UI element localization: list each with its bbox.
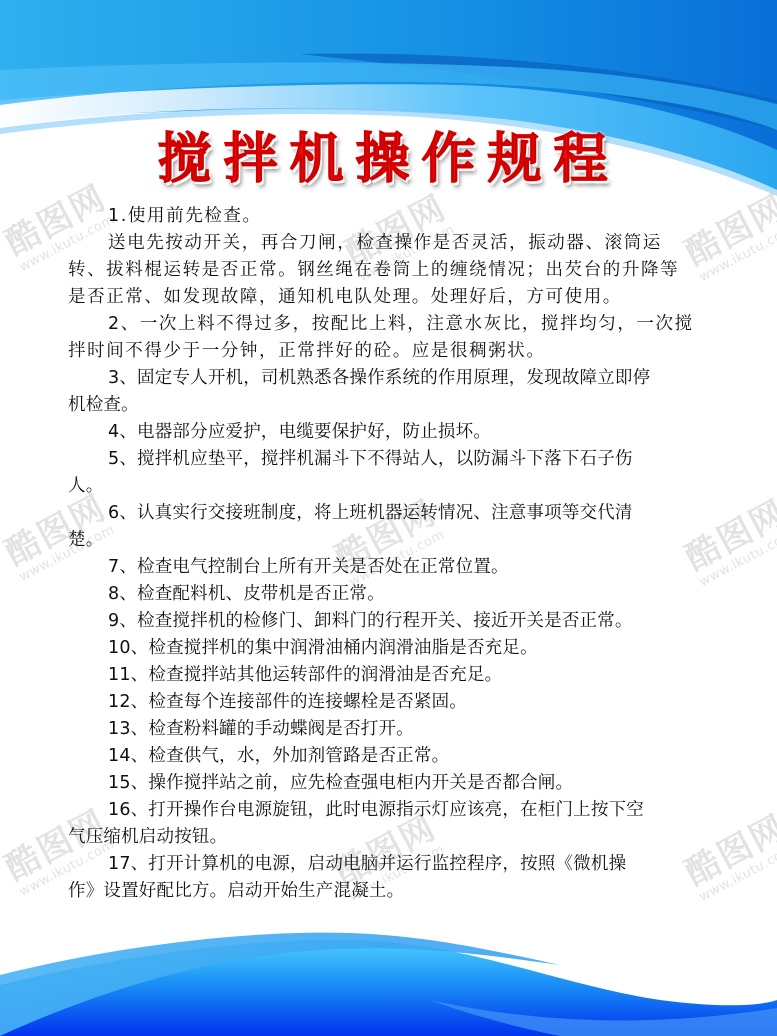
text-line: 5、搅拌机应垫平，搅拌机漏斗下不得站人，以防漏斗下落下石子伤 xyxy=(68,446,718,473)
text-line: 3、固定专人开机，司机熟悉各操作系统的作用原理，发现故障立即停 xyxy=(68,365,718,392)
text-line: 1.使用前先检查。 xyxy=(68,203,718,230)
text-line: 13、检查粉料罐的手动蝶阀是否打开。 xyxy=(68,716,718,743)
text-line: 楚。 xyxy=(68,527,718,554)
section-item-12: 12、检查每个连接部件的连接螺栓是否紧固。 xyxy=(68,689,718,716)
text-line: 12、检查每个连接部件的连接螺栓是否紧固。 xyxy=(68,689,718,716)
section-item-6: 6、认真实行交接班制度，将上班机器运转情况、注意事项等交代清 楚。 xyxy=(68,500,718,554)
section-item-13: 13、检查粉料罐的手动蝶阀是否打开。 xyxy=(68,716,718,743)
section-power-check: 送电先按动开关，再合刀闸，检查操作是否灵活，振动器、滚筒运 转、拔料棍运转是否正… xyxy=(68,230,718,311)
text-line: 6、认真实行交接班制度，将上班机器运转情况、注意事项等交代清 xyxy=(68,500,718,527)
text-line: 14、检查供气，水，外加剂管路是否正常。 xyxy=(68,743,718,770)
section-item-16: 16、打开操作台电源旋钮，此时电源指示灯应该亮，在柜门上按下空 气压缩机启动按钮… xyxy=(68,797,718,851)
text-line: 是否正常、如发现故障，通知机电队处理。处理好后，方可使用。 xyxy=(68,284,718,311)
poster-title: 搅拌机操作规程 xyxy=(0,124,777,194)
section-item-10: 10、检查搅拌机的集中润滑油桶内润滑油脂是否充足。 xyxy=(68,635,718,662)
section-item-2: 2、一次上料不得过多，按配比上料，注意水灰比，搅拌均匀，一次搅 拌时间不得少于一… xyxy=(68,311,718,365)
section-item-11: 11、检查搅拌站其他运转部件的润滑油是否充足。 xyxy=(68,662,718,689)
section-item-3: 3、固定专人开机，司机熟悉各操作系统的作用原理，发现故障立即停 机检查。 xyxy=(68,365,718,419)
section-item-8: 8、检查配料机、皮带机是否正常。 xyxy=(68,581,718,608)
text-line: 气压缩机启动按钮。 xyxy=(68,824,718,851)
text-line: 拌时间不得少于一分钟，正常拌好的砼。应是很稠粥状。 xyxy=(68,338,718,365)
text-line: 16、打开操作台电源旋钮，此时电源指示灯应该亮，在柜门上按下空 xyxy=(68,797,718,824)
procedure-body: 1.使用前先检查。 送电先按动开关，再合刀闸，检查操作是否灵活，振动器、滚筒运 … xyxy=(68,203,718,905)
text-line: 2、一次上料不得过多，按配比上料，注意水灰比，搅拌均匀，一次搅 xyxy=(68,311,718,338)
text-line: 15、操作搅拌站之前，应先检查强电柜内开关是否都合闸。 xyxy=(68,770,718,797)
text-line: 7、检查电气控制台上所有开关是否处在正常位置。 xyxy=(68,554,718,581)
text-line: 17、打开计算机的电源，启动电脑并运行监控程序，按照《微机操 xyxy=(68,851,718,878)
section-item-9: 9、检查搅拌机的检修门、卸料门的行程开关、接近开关是否正常。 xyxy=(68,608,718,635)
text-line: 4、电器部分应爱护，电缆要保护好，防止损坏。 xyxy=(68,419,718,446)
text-line: 11、检查搅拌站其他运转部件的润滑油是否充足。 xyxy=(68,662,718,689)
section-item-7: 7、检查电气控制台上所有开关是否处在正常位置。 xyxy=(68,554,718,581)
text-line: 作》设置好配比方。启动开始生产混凝土。 xyxy=(68,878,718,905)
section-item-4: 4、电器部分应爱护，电缆要保护好，防止损坏。 xyxy=(68,419,718,446)
text-line: 9、检查搅拌机的检修门、卸料门的行程开关、接近开关是否正常。 xyxy=(68,608,718,635)
text-line: 8、检查配料机、皮带机是否正常。 xyxy=(68,581,718,608)
text-line: 转、拔料棍运转是否正常。钢丝绳在卷筒上的缠绕情况；出芡台的升降等 xyxy=(68,257,718,284)
section-intro: 1.使用前先检查。 xyxy=(68,203,718,230)
text-line: 10、检查搅拌机的集中润滑油桶内润滑油脂是否充足。 xyxy=(68,635,718,662)
section-item-17: 17、打开计算机的电源，启动电脑并运行监控程序，按照《微机操 作》设置好配比方。… xyxy=(68,851,718,905)
section-item-15: 15、操作搅拌站之前，应先检查强电柜内开关是否都合闸。 xyxy=(68,770,718,797)
text-line: 机检查。 xyxy=(68,392,718,419)
text-line: 人。 xyxy=(68,473,718,500)
section-item-14: 14、检查供气，水，外加剂管路是否正常。 xyxy=(68,743,718,770)
text-line: 送电先按动开关，再合刀闸，检查操作是否灵活，振动器、滚筒运 xyxy=(68,230,718,257)
section-item-5: 5、搅拌机应垫平，搅拌机漏斗下不得站人，以防漏斗下落下石子伤 人。 xyxy=(68,446,718,500)
